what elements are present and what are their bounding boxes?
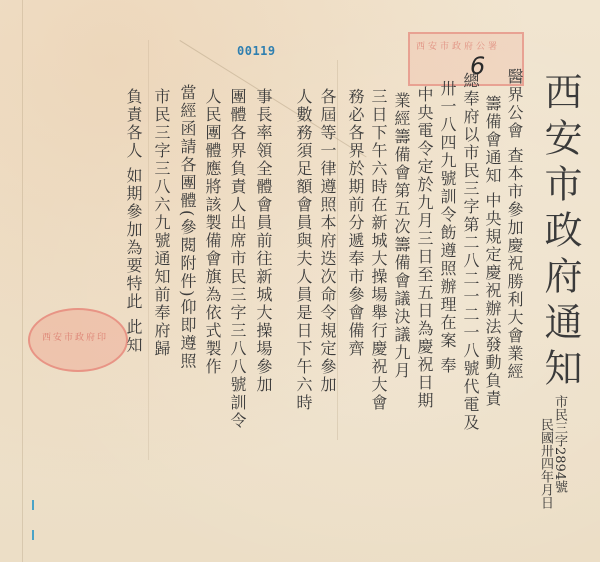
text-column: 總奉府以市民三字第二八二一二一八號代電及 (461, 72, 479, 432)
fold-line (337, 60, 338, 440)
document-date: 民國卅四年月日 (538, 418, 553, 509)
text-column: 務必各界於期前分遞奉市參會備齊 (346, 88, 364, 358)
text-column: 團體各界負責人出席市民三字三八八號訓令 (228, 88, 246, 430)
text-column: 人民團體應將該製備會旗為依式製作 (203, 88, 221, 376)
paper-edge-line (22, 0, 23, 562)
text-column: 各屆等一律遵照本府迭次命令規定參加 (318, 88, 336, 394)
text-column: 醫界公會 查本市參加慶祝勝利大會業經 (505, 68, 523, 381)
stamp-text: 西安市政府印 (42, 330, 108, 343)
archive-number: 00119 (237, 44, 276, 58)
text-column: 事長率領全體會員前往新城大操場參加 (254, 88, 272, 394)
fold-line (148, 40, 149, 460)
text-column: 市民三字三八六九號通知前奉府歸 (152, 88, 170, 358)
margin-tick-mark (32, 530, 34, 540)
stamp-text: 西安市政府公署 (416, 39, 500, 52)
text-column: 業經籌備會第五次籌備會議決議九月 (392, 92, 410, 380)
text-column: 籌備會通知 中央規定慶祝辦法發動負責 (483, 95, 501, 408)
text-column: 三日下午六時在新城大操場舉行慶祝大會 (369, 88, 387, 412)
text-column: 中央電令定於九月三日至五日為慶祝日期 (415, 86, 433, 410)
document-reference-number: 市民三字2894號 (552, 395, 567, 493)
text-column: 人數務須足額會員與夫人員是日下午六時 (294, 88, 312, 412)
red-seal-stamp-oval: 西安市政府印 (28, 308, 128, 372)
text-column: 負責各人 如期參加為要特此 此知 (124, 88, 142, 354)
text-column: 當經函請各團體(參閱附件)仰即遵照 (178, 84, 196, 370)
text-column: 卅一八四九號訓令飭遵照辦理在案 奉 (438, 80, 456, 375)
document-title: 西安市政府通知 (540, 72, 580, 394)
margin-tick-mark (32, 500, 34, 510)
